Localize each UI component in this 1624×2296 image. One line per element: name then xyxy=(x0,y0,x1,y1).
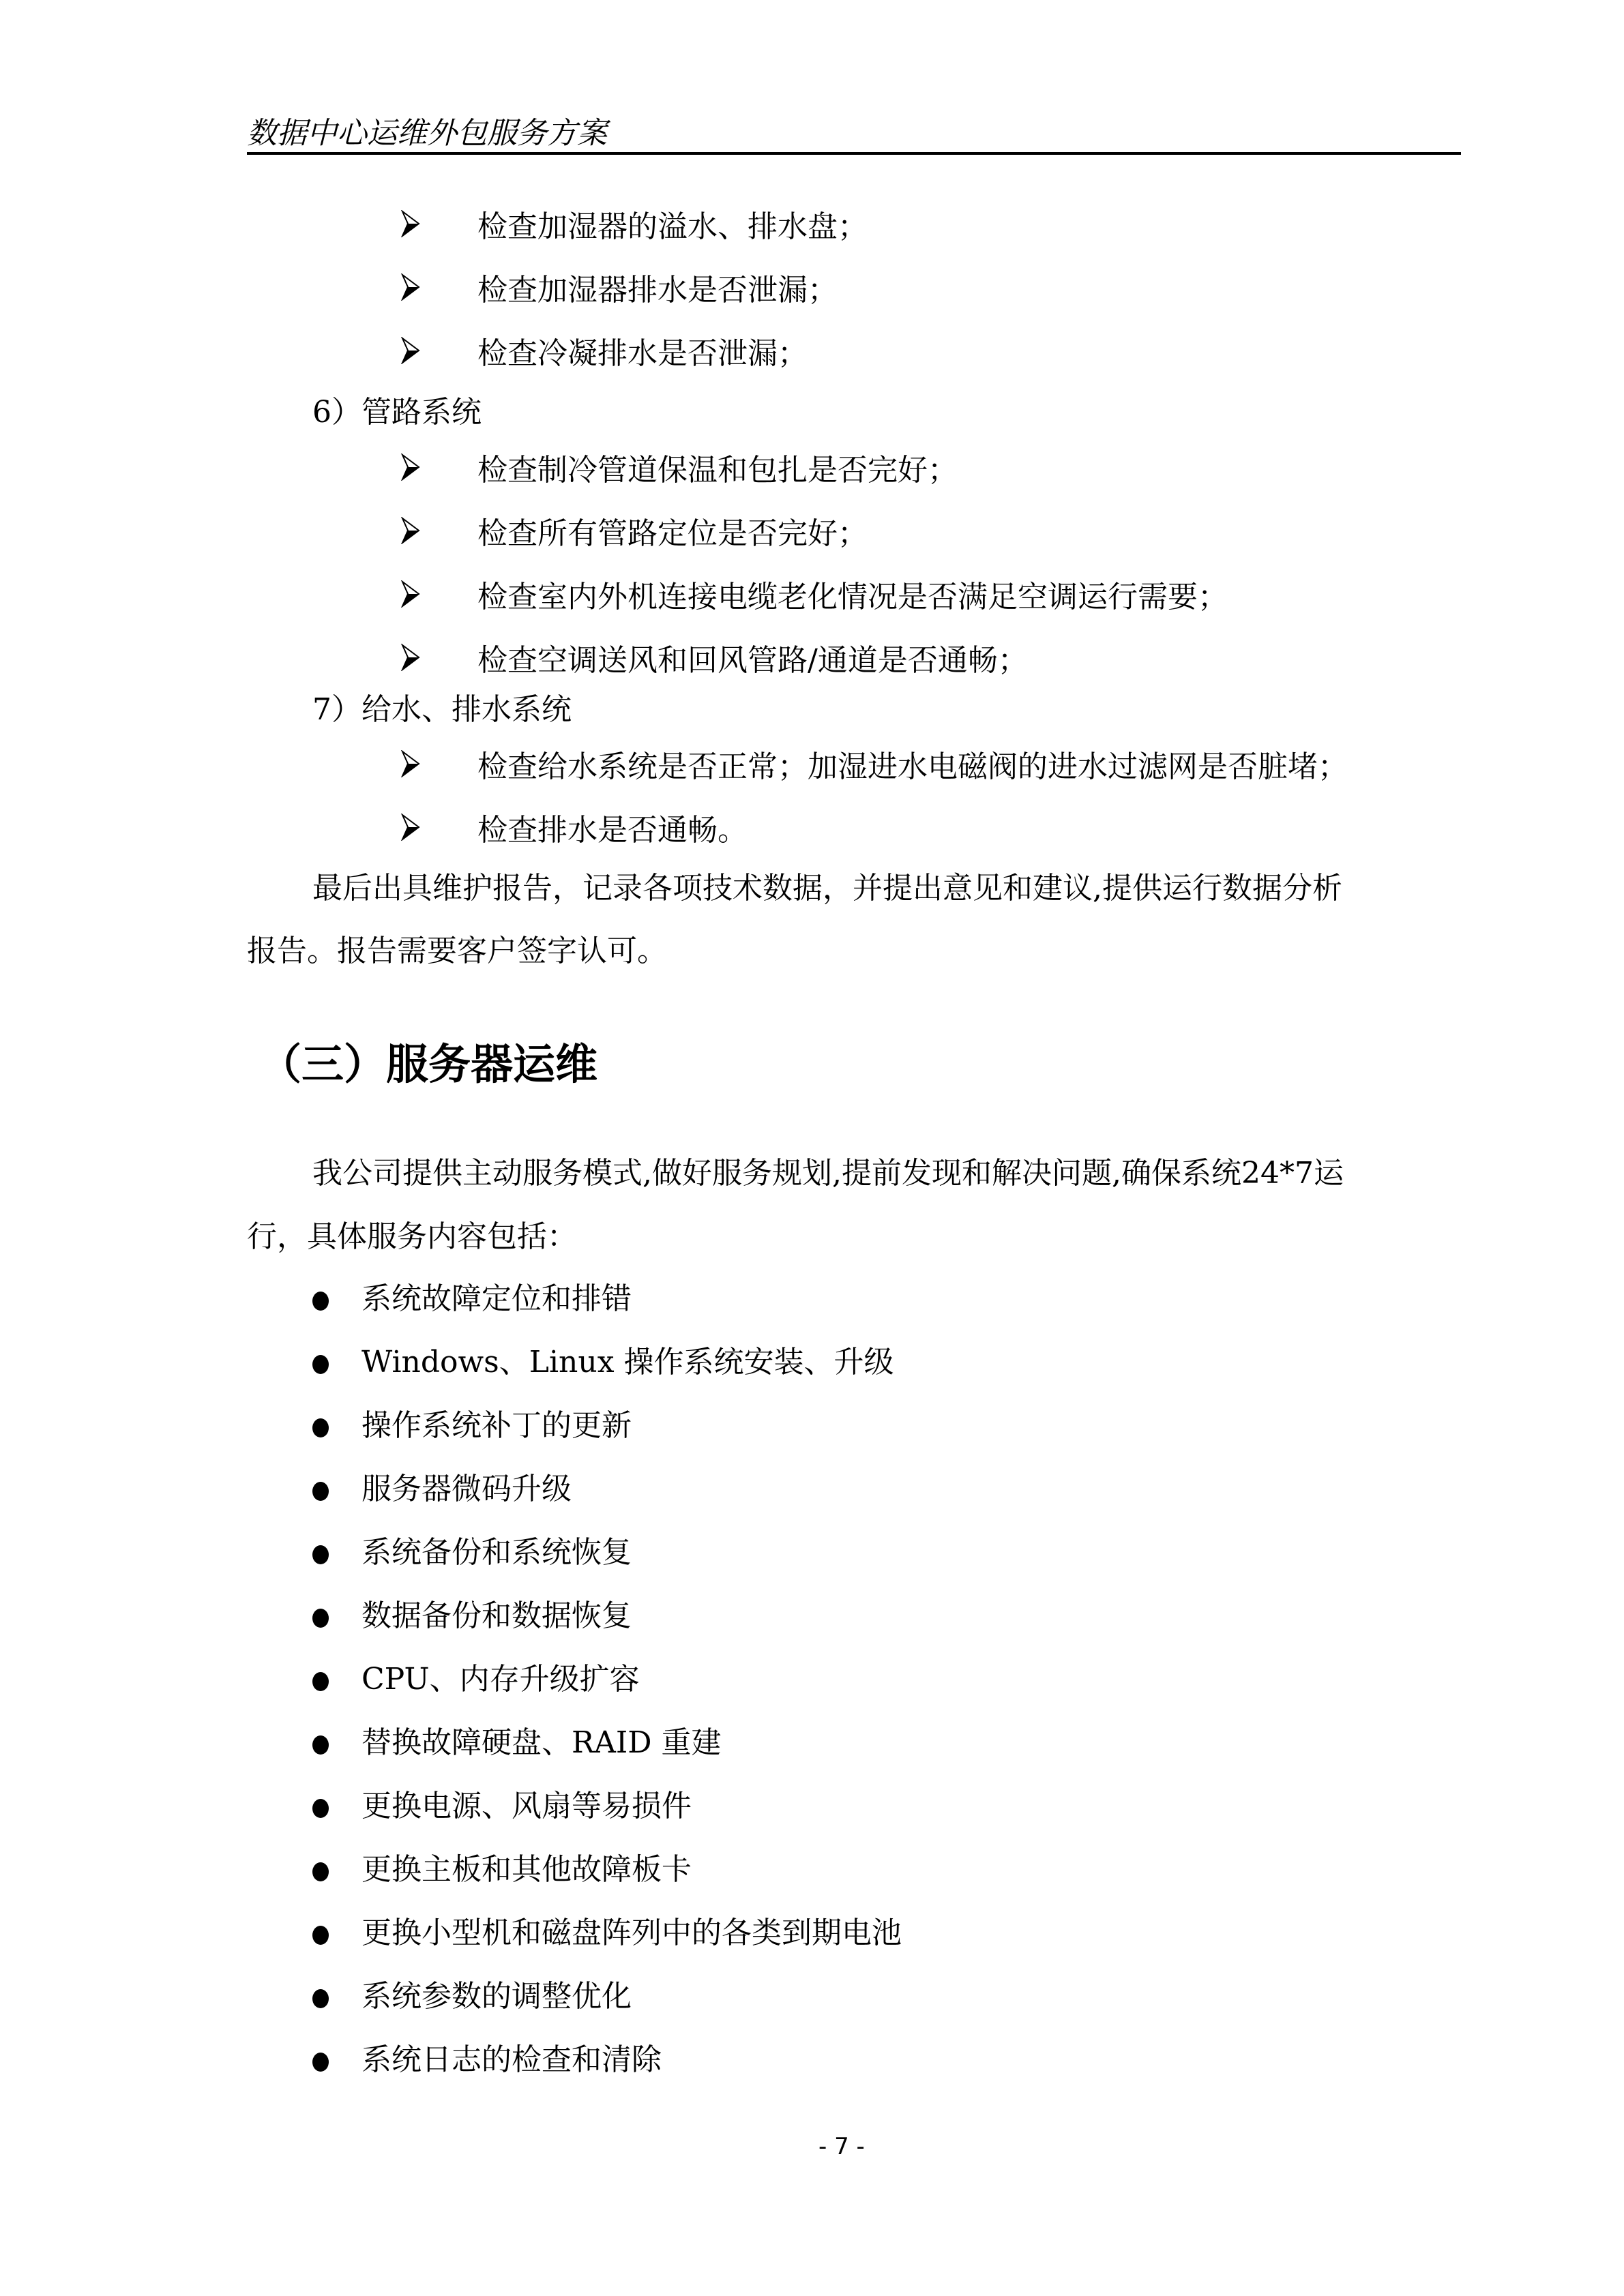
list-item: 服务器微码升级 xyxy=(361,1470,572,1508)
list-item: Windows、Linux 操作系统安装、升级 xyxy=(361,1343,894,1382)
bullet-dot-icon xyxy=(312,1980,330,2000)
arrow-bullet-icon xyxy=(401,453,431,492)
arrow-bullet-icon xyxy=(401,517,431,555)
list-item: 更换小型机和磁盘阵列中的各类到期电池 xyxy=(361,1914,902,1952)
bullet-dot-icon xyxy=(312,1599,330,1620)
list-item: 系统备份和系统恢复 xyxy=(361,1534,632,1572)
arrow-bullet-icon xyxy=(401,750,431,788)
list-item: 检查给水系统是否正常；加湿进水电磁阀的进水过滤网是否脏堵； xyxy=(477,748,1348,786)
document-title: 数据中心运维外包服务方案 xyxy=(247,115,607,153)
list-item: 数据备份和数据恢复 xyxy=(361,1597,632,1635)
bullet-dot-icon xyxy=(312,1409,330,1429)
bullet-dot-icon xyxy=(312,1726,330,1746)
list-item: 检查空调送风和回风管路/通道是否通畅； xyxy=(477,642,1028,680)
list-item: 操作系统补丁的更新 xyxy=(361,1407,632,1445)
intro-paragraph-line-1: 我公司提供主动服务模式,做好服务规划,提前发现和解决问题,确保系统24*7运 xyxy=(312,1154,1344,1193)
list-item: 检查制冷管道保温和包扎是否完好； xyxy=(477,451,958,490)
bullet-dot-icon xyxy=(312,1345,330,1366)
header-rule xyxy=(247,152,1461,155)
bullet-dot-icon xyxy=(312,2043,330,2063)
bullet-dot-icon xyxy=(312,1472,330,1493)
list-item: 检查冷凝排水是否泄漏； xyxy=(477,335,808,373)
bullet-dot-icon xyxy=(312,1789,330,1810)
bullet-dot-icon xyxy=(312,1916,330,1937)
page-number: - 7 - xyxy=(818,2133,865,2160)
report-paragraph-line-2: 报告。报告需要客户签字认可。 xyxy=(247,932,667,970)
subsection-title-water: 7）给水、排水系统 xyxy=(312,691,572,729)
intro-paragraph-line-2: 行，具体服务内容包括： xyxy=(247,1218,577,1256)
list-item: 检查排水是否通畅。 xyxy=(477,811,748,850)
list-item: CPU、内存升级扩容 xyxy=(361,1660,640,1699)
bullet-dot-icon xyxy=(312,1282,330,1302)
arrow-bullet-icon xyxy=(401,210,431,248)
bullet-dot-icon xyxy=(312,1663,330,1683)
bullet-dot-icon xyxy=(312,1536,330,1556)
list-item: 系统参数的调整优化 xyxy=(361,1978,632,2016)
bullet-dot-icon xyxy=(312,1853,330,1873)
subsection-title-piping: 6）管路系统 xyxy=(312,393,482,432)
list-item: 系统日志的检查和清除 xyxy=(361,2041,662,2079)
arrow-bullet-icon xyxy=(401,337,431,375)
list-item: 更换电源、风扇等易损件 xyxy=(361,1787,692,1825)
list-item: 检查加湿器的溢水、排水盘； xyxy=(477,208,868,246)
list-item: 检查加湿器排水是否泄漏； xyxy=(477,271,838,310)
section-heading: （三）服务器运维 xyxy=(259,1040,597,1089)
arrow-bullet-icon xyxy=(401,273,431,312)
list-item: 系统故障定位和排错 xyxy=(361,1280,632,1318)
arrow-bullet-icon xyxy=(401,644,431,682)
arrow-bullet-icon xyxy=(401,580,431,618)
list-item: 更换主板和其他故障板卡 xyxy=(361,1851,692,1889)
list-item: 检查室内外机连接电缆老化情况是否满足空调运行需要； xyxy=(477,578,1228,616)
page-header: 数据中心运维外包服务方案 xyxy=(247,115,1461,155)
report-paragraph-line-1: 最后出具维护报告，记录各项技术数据，并提出意见和建议,提供运行数据分析 xyxy=(312,869,1342,908)
arrow-bullet-icon xyxy=(401,814,431,852)
list-item: 检查所有管路定位是否完好； xyxy=(477,515,868,553)
list-item: 替换故障硬盘、RAID 重建 xyxy=(361,1724,722,1762)
